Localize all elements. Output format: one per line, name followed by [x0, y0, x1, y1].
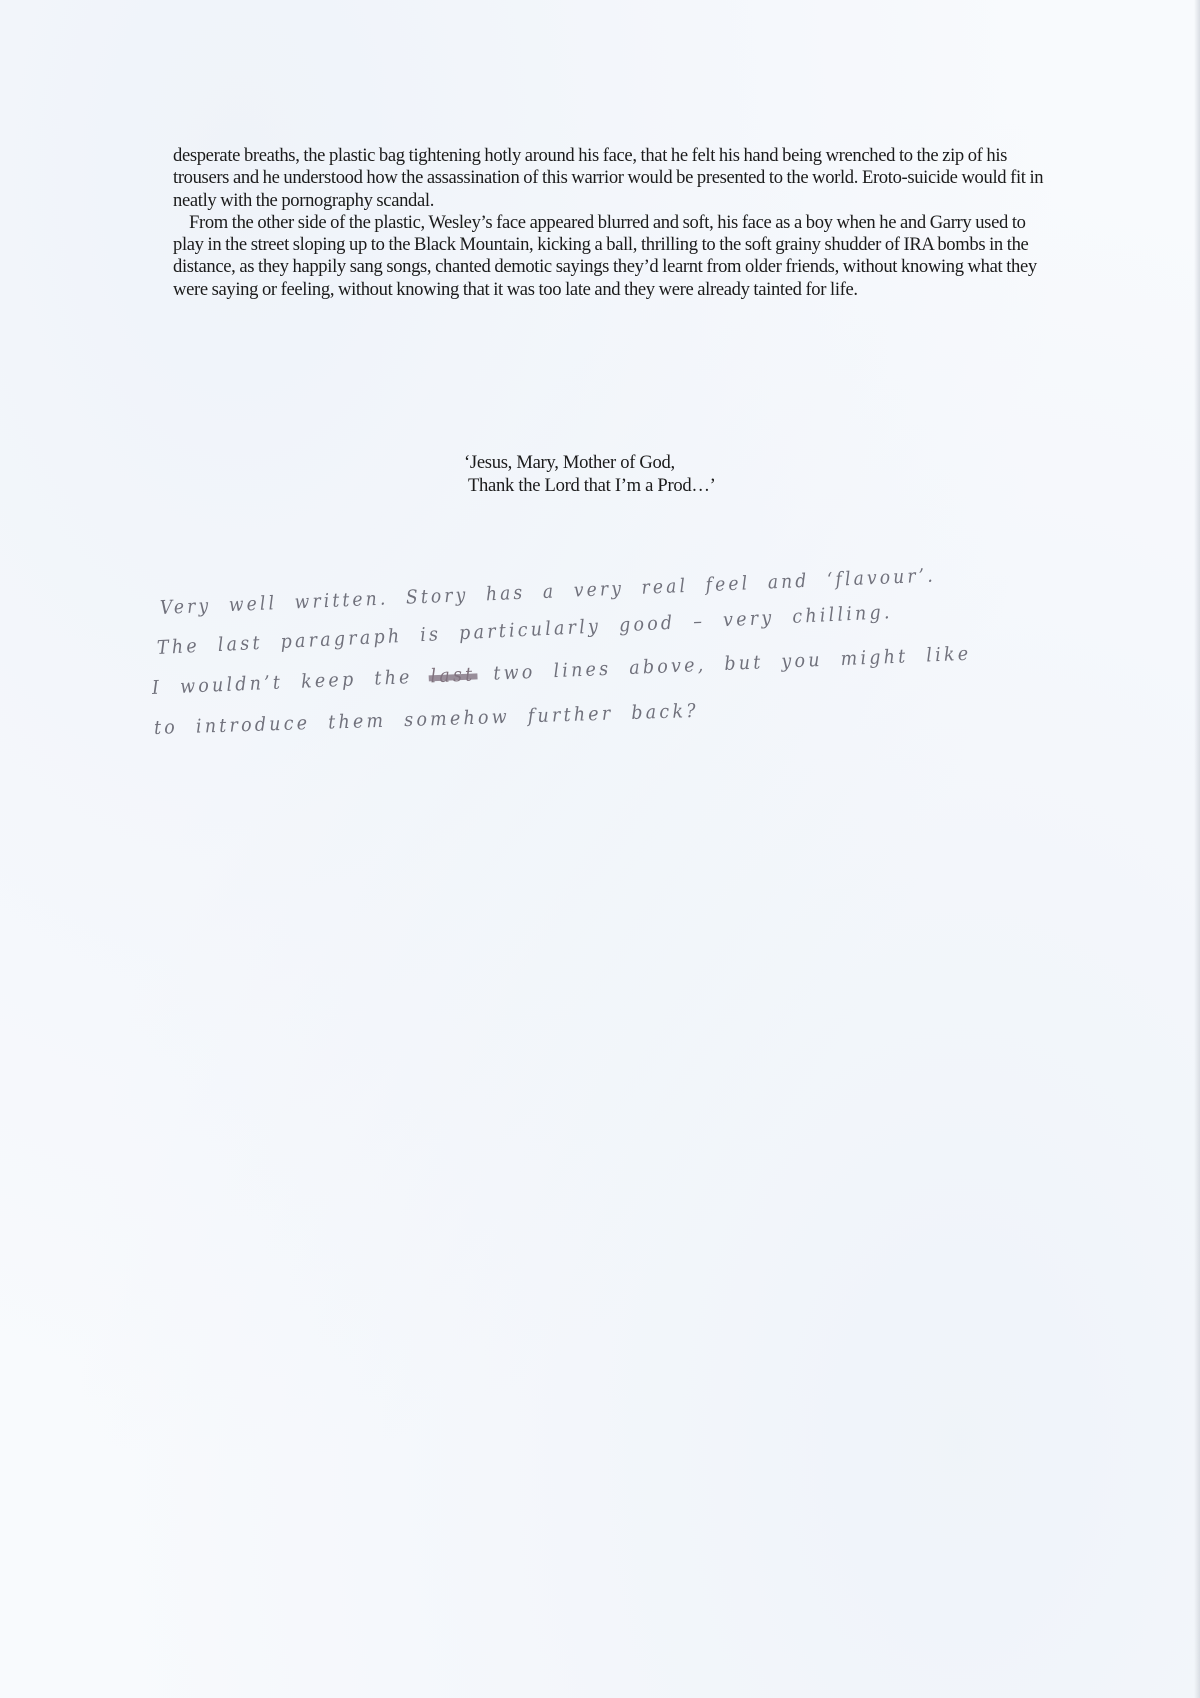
verse-line-1: ‘Jesus, Mary, Mother of God,: [464, 452, 716, 475]
quoted-verse: ‘Jesus, Mary, Mother of God, Thank the L…: [464, 452, 716, 497]
paragraph-1: desperate breaths, the plastic bag tight…: [173, 145, 1053, 212]
comment-line-3-start: I wouldn’t keep the: [152, 666, 414, 699]
typed-manuscript-text: desperate breaths, the plastic bag tight…: [173, 145, 1053, 301]
comment-line-3-end: two lines above, but you might like: [493, 643, 972, 685]
handwritten-comment: Very well written. Story has a very real…: [160, 588, 1140, 748]
struck-out-word: last: [430, 654, 477, 696]
scanned-page: desperate breaths, the plastic bag tight…: [0, 0, 1200, 1698]
paragraph-2: From the other side of the plastic, Wesl…: [173, 212, 1053, 301]
verse-line-2: Thank the Lord that I’m a Prod…’: [464, 475, 716, 498]
page-edge-shadow: [1194, 0, 1200, 1698]
